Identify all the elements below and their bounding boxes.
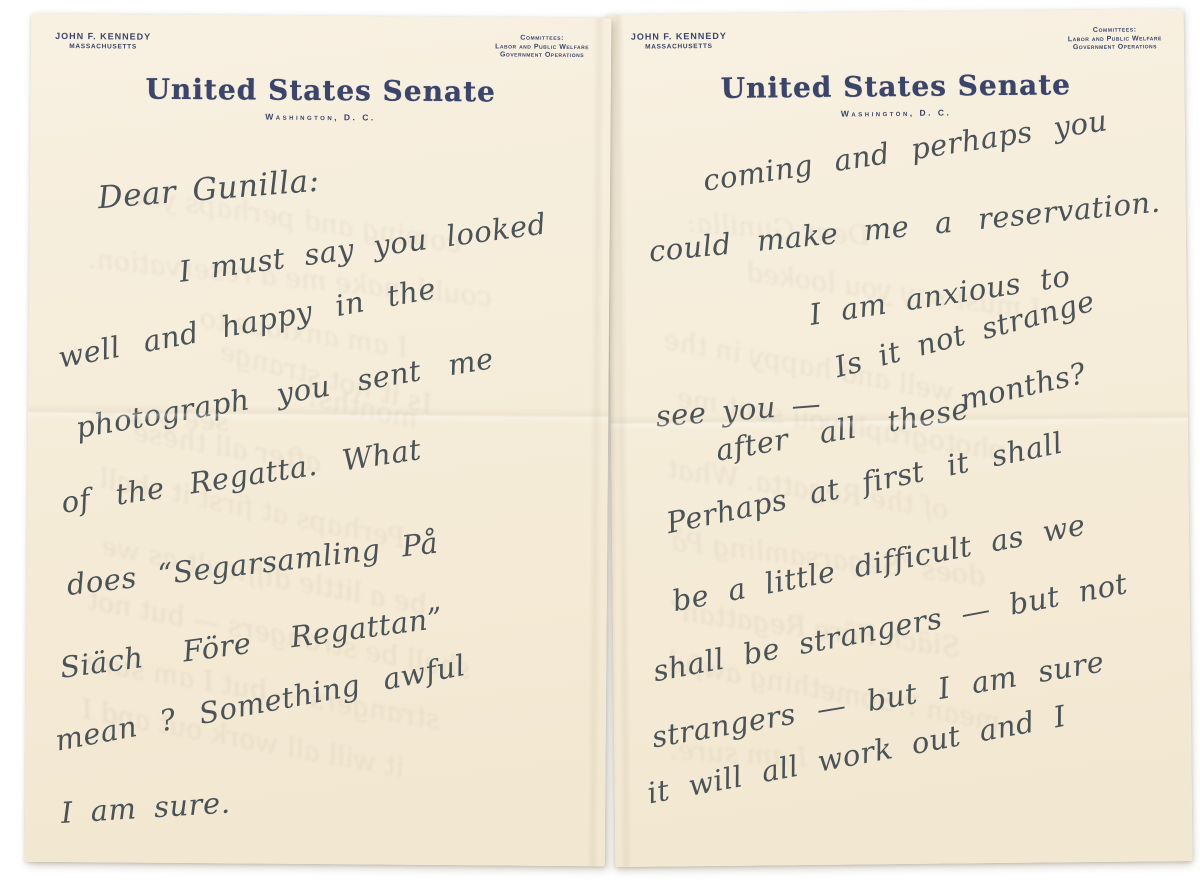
handwriting-line: of the Regatta. What: [59, 432, 423, 520]
handwriting-page-2: Dear Gunilla:I must say you lookedwell a…: [607, 9, 1193, 867]
letter-photograph: JOHN F. KENNEDY MASSACHUSETTS Committees…: [0, 0, 1200, 891]
handwriting-line: months?: [957, 356, 1089, 417]
handwriting-line: coming and perhaps you: [701, 103, 1110, 198]
letter-page-2: JOHN F. KENNEDY MASSACHUSETTS Committees…: [607, 9, 1193, 867]
handwriting-line: does “Segarsamling På: [65, 526, 440, 602]
handwriting-line: I must say you looked: [177, 206, 548, 288]
handwriting-line: could make me a reservation.: [647, 185, 1161, 269]
letter-page-1: JOHN F. KENNEDY MASSACHUSETTS Committees…: [25, 14, 612, 867]
handwriting-line: I am sure.: [60, 786, 231, 830]
handwriting-line: Dear Gunilla:: [96, 163, 320, 217]
handwriting-page-1: coming and perhaps youcould make me a re…: [25, 14, 612, 867]
